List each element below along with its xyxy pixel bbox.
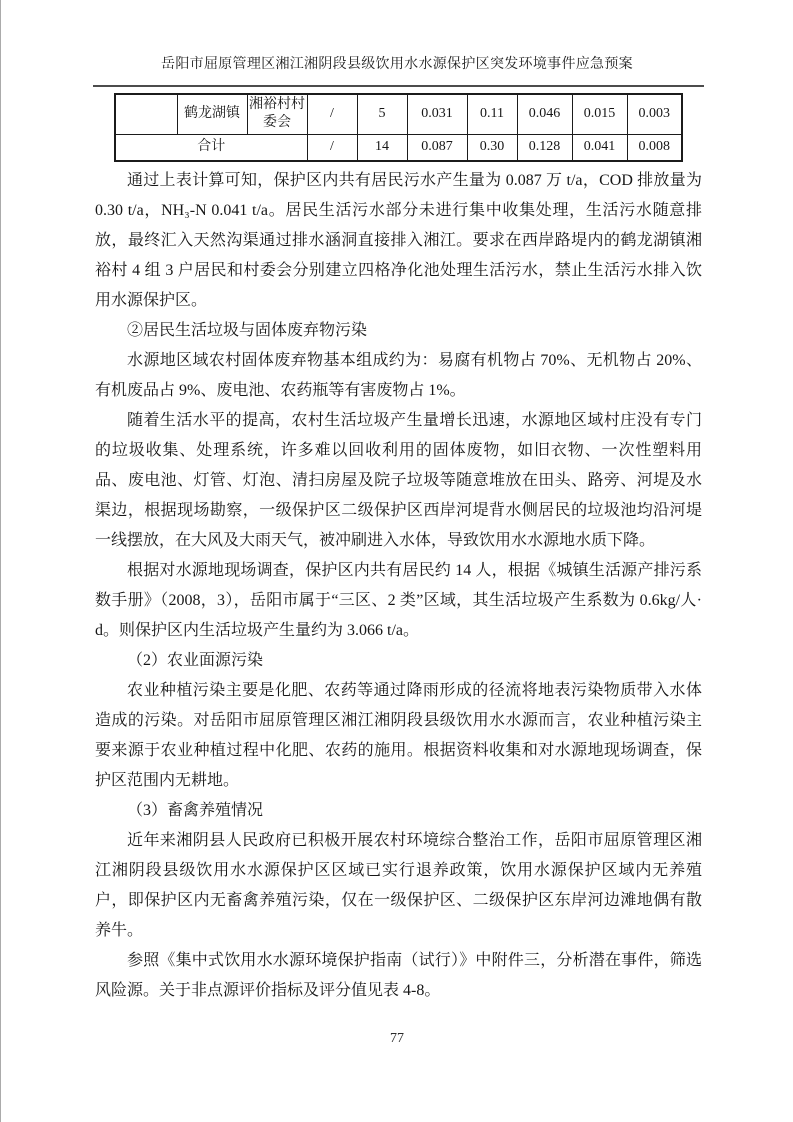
table-cell: 0.008: [627, 134, 682, 161]
table-cell: 5: [357, 94, 407, 134]
page-number: 77: [1, 1031, 793, 1047]
table-row: 鹤龙湖镇 湘裕村村委会 / 5 0.031 0.11 0.046 0.015 0…: [115, 94, 682, 134]
table-cell: 0.30: [467, 134, 517, 161]
table-cell: 14: [357, 134, 407, 161]
paragraph-waste-dumping: 随着生活水平的提高，农村生活垃圾产生量增长迅速，水源地区域村庄没有专门的垃圾收集…: [95, 406, 702, 556]
subheading-agricultural-pollution: （2）农业面源污染: [95, 646, 702, 676]
table-row-total: 合计 / 14 0.087 0.30 0.128 0.041 0.008: [115, 134, 682, 161]
header-divider: [93, 85, 704, 87]
document-body: 通过上表计算可知，保护区内共有居民污水产生量为 0.087 万 t/a，COD …: [95, 166, 702, 1006]
paragraph-risk-screening: 参照《集中式饮用水水源环境保护指南（试行）》中附件三，分析潜在事件，筛选风险源。…: [95, 946, 702, 1006]
table-cell: 0.031: [407, 94, 467, 134]
table-cell: 0.11: [467, 94, 517, 134]
table-cell: /: [307, 94, 357, 134]
table-cell: 0.041: [572, 134, 627, 161]
subheading-domestic-waste: ②居民生活垃圾与固体废弃物污染: [95, 316, 702, 346]
table-cell: 0.015: [572, 94, 627, 134]
subheading-livestock: （3）畜禽养殖情况: [95, 796, 702, 826]
table-cell-total-label: 合计: [115, 134, 307, 161]
table-cell: [115, 94, 177, 134]
pollution-statistics-table: 鹤龙湖镇 湘裕村村委会 / 5 0.031 0.11 0.046 0.015 0…: [114, 93, 683, 162]
paragraph-livestock: 近年来湘阴县人民政府已积极开展农村环境综合整治工作，岳阳市屈原管理区湘江湘阴段县…: [95, 826, 702, 946]
paragraph-sewage-summary: 通过上表计算可知，保护区内共有居民污水产生量为 0.087 万 t/a，COD …: [95, 166, 702, 316]
table-cell: 湘裕村村委会: [247, 94, 307, 134]
document-page: 岳阳市屈原管理区湘江湘阴段县级饮用水水源保护区突发环境事件应急预案 鹤龙湖镇 湘…: [0, 0, 793, 1122]
paragraph-waste-composition: 水源地区域农村固体废弃物基本组成约为：易腐有机物占 70%、无机物占 20%、有…: [95, 346, 702, 406]
table-cell: 0.128: [517, 134, 572, 161]
paragraph-agricultural-pollution: 农业种植污染主要是化肥、农药等通过降雨形成的径流将地表污染物质带入水体造成的污染…: [95, 676, 702, 796]
table-cell: 鹤龙湖镇: [177, 94, 247, 134]
table-cell: /: [307, 134, 357, 161]
paragraph-waste-estimate: 根据对水源地现场调查，保护区内共有居民约 14 人，根据《城镇生活源产排污系数手…: [95, 556, 702, 646]
table-cell: 0.003: [627, 94, 682, 134]
document-header-title: 岳阳市屈原管理区湘江湘阴段县级饮用水水源保护区突发环境事件应急预案: [1, 53, 793, 73]
table-cell: 0.087: [407, 134, 467, 161]
table-cell: 0.046: [517, 94, 572, 134]
